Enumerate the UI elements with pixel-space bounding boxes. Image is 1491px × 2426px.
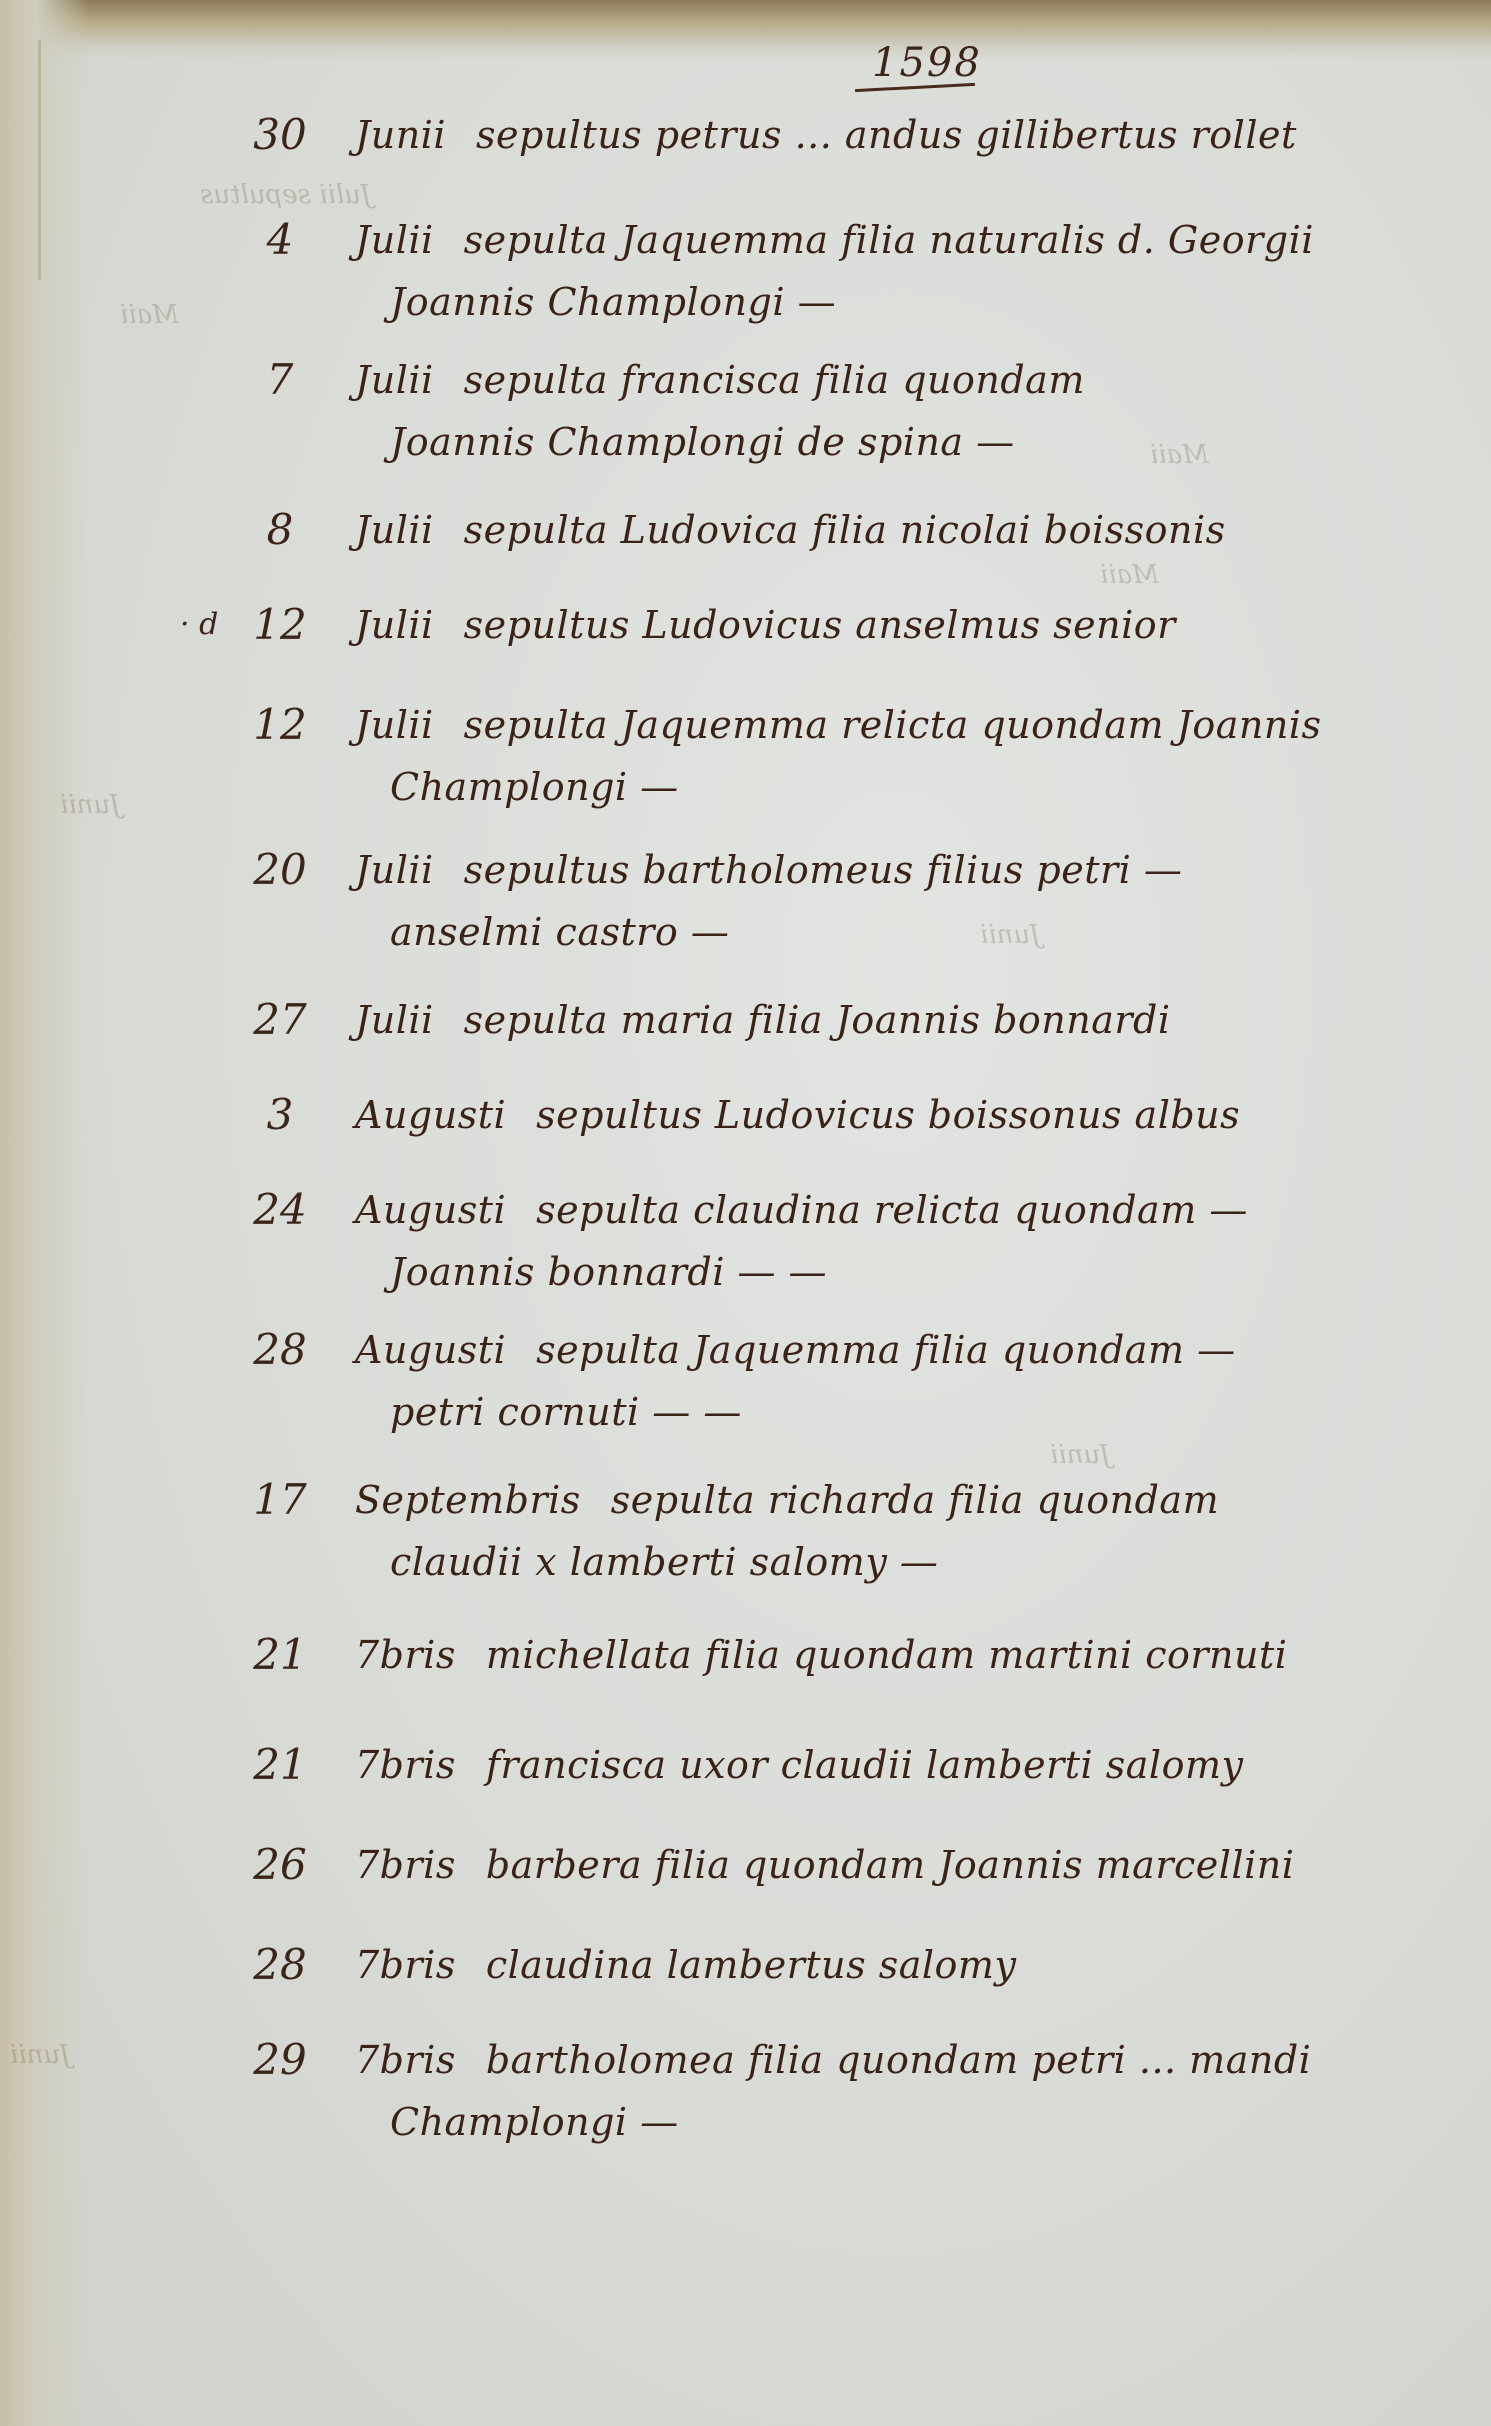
entry-text: barbera filia quondam Joannis marcellini [486, 1843, 1295, 1887]
entry-line-2: Joannis Champlongi — [390, 277, 836, 327]
entry-day: 21 [240, 1630, 320, 1680]
entry-text: sepulta richarda filia quondam [611, 1478, 1219, 1522]
entry-month: Septembris [355, 1478, 581, 1522]
entry-month: Julii [355, 218, 434, 262]
entry-day: 28 [240, 1325, 320, 1375]
entry-month: Julii [355, 848, 434, 892]
entry-line-2: claudii x lamberti salomy — [390, 1537, 938, 1587]
page-fold-line [38, 40, 41, 280]
entry-day: 8 [240, 505, 320, 555]
entry-day: 21 [240, 1740, 320, 1790]
entry-day: 20 [240, 845, 320, 895]
entry-line-1: Augustisepulta claudina relicta quondam … [355, 1185, 1248, 1235]
entry-day: 12 [240, 700, 320, 750]
entry-month: 7bris [355, 1633, 456, 1677]
bleed-through-text: Maii [120, 300, 179, 330]
entry-text: sepultus Ludovicus anselmus senior [464, 603, 1176, 647]
entry-day: 27 [240, 995, 320, 1045]
entry-text: sepultus Ludovicus boissonus albus [536, 1093, 1240, 1137]
bleed-through-text: Junii [980, 920, 1041, 950]
entry-line-1: Juliisepulta Jaquemma filia naturalis d.… [355, 215, 1314, 265]
entry-day: 28 [240, 1940, 320, 1990]
margin-annotation: · d [180, 600, 218, 650]
entry-month: Julii [355, 358, 434, 402]
entry-line-1: 7brisbarbera filia quondam Joannis marce… [355, 1840, 1294, 1890]
year-heading: 1598 [872, 40, 982, 86]
entry-line-1: Juniisepultus petrus ... andus gillibert… [355, 110, 1297, 160]
bleed-through-text: Maii [1100, 560, 1159, 590]
entry-line-1: Juliisepulta francisca filia quondam [355, 355, 1085, 405]
entry-text: sepulta Jaquemma filia quondam — [536, 1328, 1235, 1372]
entry-text: francisca uxor claudii lamberti salomy [486, 1743, 1244, 1787]
entry-month: Augusti [355, 1093, 506, 1137]
entry-text: claudina lambertus salomy [486, 1943, 1017, 1987]
bleed-through-text: Julii sepultus [200, 180, 371, 210]
entry-month: Julii [355, 603, 434, 647]
entry-month: 7bris [355, 1743, 456, 1787]
entry-text: sepultus petrus ... andus gillibertus ro… [476, 113, 1297, 157]
entry-line-1: Septembrissepulta richarda filia quondam [355, 1475, 1219, 1525]
entry-day: 29 [240, 2035, 320, 2085]
entry-line-2: Champlongi — [390, 762, 679, 812]
entry-text: sepulta Jaquemma filia naturalis d. Geor… [464, 218, 1314, 262]
entry-text: sepultus bartholomeus filius petri — [464, 848, 1183, 892]
entry-month: Augusti [355, 1188, 506, 1232]
entry-day: 26 [240, 1840, 320, 1890]
entry-month: 7bris [355, 2038, 456, 2082]
entry-line-2: petri cornuti — — [390, 1387, 742, 1437]
bleed-through-text: Junii [10, 2040, 71, 2070]
entry-text: sepulta claudina relicta quondam — [536, 1188, 1248, 1232]
entry-text: michellata filia quondam martini cornuti [486, 1633, 1288, 1677]
entry-line-1: 7brisfrancisca uxor claudii lamberti sal… [355, 1740, 1243, 1790]
entry-line-1: 7brismichellata filia quondam martini co… [355, 1630, 1287, 1680]
entry-line-2: Joannis bonnardi — — [390, 1247, 827, 1297]
entry-line-1: Juliisepultus Ludovicus anselmus senior [355, 600, 1176, 650]
bleed-through-text: Maii [1150, 440, 1209, 470]
entry-line-1: 7brisbartholomea filia quondam petri ...… [355, 2035, 1311, 2085]
entry-day: 24 [240, 1185, 320, 1235]
entry-line-1: Juliisepulta maria filia Joannis bonnard… [355, 995, 1171, 1045]
entry-month: Julii [355, 508, 434, 552]
manuscript-page: Julii sepultus Maii Maii Maii Junii Juni… [0, 0, 1491, 2426]
entry-month: 7bris [355, 1943, 456, 1987]
entry-month: 7bris [355, 1843, 456, 1887]
entry-day: 17 [240, 1475, 320, 1525]
entry-day: 12 [240, 600, 320, 650]
entry-line-2: Joannis Champlongi de spina — [390, 417, 1015, 467]
entry-line-1: Juliisepultus bartholomeus filius petri … [355, 845, 1182, 895]
entry-line-2: Champlongi — [390, 2097, 679, 2147]
entry-day: 7 [240, 355, 320, 405]
entry-text: bartholomea filia quondam petri ... mand… [486, 2038, 1312, 2082]
bleed-through-text: Junii [60, 790, 121, 820]
entry-month: Julii [355, 998, 434, 1042]
entry-text: sepulta francisca filia quondam [464, 358, 1085, 402]
entry-day: 3 [240, 1090, 320, 1140]
page-top-edge-stain [0, 0, 1491, 60]
bleed-through-text: Junii [1050, 1440, 1111, 1470]
entry-text: sepulta Ludovica filia nicolai boissonis [464, 508, 1226, 552]
entry-text: sepulta Jaquemma relicta quondam Joannis [464, 703, 1322, 747]
entry-line-2: anselmi castro — [390, 907, 729, 957]
entry-line-1: 7brisclaudina lambertus salomy [355, 1940, 1016, 1990]
entry-line-1: Augustisepultus Ludovicus boissonus albu… [355, 1090, 1240, 1140]
entry-month: Augusti [355, 1328, 506, 1372]
entry-line-1: Juliisepulta Ludovica filia nicolai bois… [355, 505, 1226, 555]
entry-line-1: Augustisepulta Jaquemma filia quondam — [355, 1325, 1236, 1375]
entry-text: sepulta maria filia Joannis bonnardi [464, 998, 1171, 1042]
entry-line-1: Juliisepulta Jaquemma relicta quondam Jo… [355, 700, 1321, 750]
entry-month: Junii [355, 113, 446, 157]
entry-month: Julii [355, 703, 434, 747]
entry-day: 4 [240, 215, 320, 265]
entry-day: 30 [240, 110, 320, 160]
